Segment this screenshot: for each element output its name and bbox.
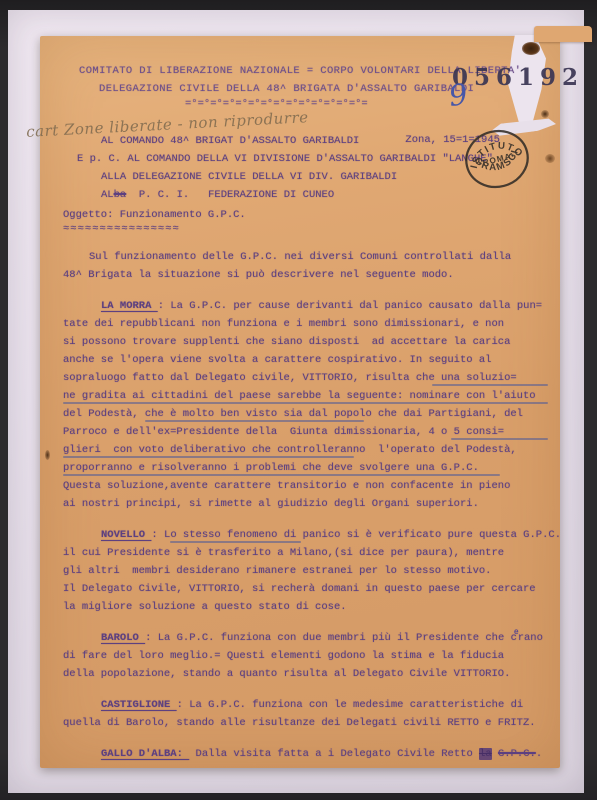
ink-stain xyxy=(45,450,50,460)
doc-line: proporranno e risolveranno i problemi ch… xyxy=(63,459,548,477)
paragraph-gallo-dalba: GALLO D'ALBA: Dalla visita fatta a i Del… xyxy=(63,745,548,763)
paragraph-title: NOVELLO xyxy=(101,529,151,541)
pen-underline-mark xyxy=(63,474,500,476)
paragraph-barolo: BAROLO : La G.P.C. funziona con due memb… xyxy=(63,629,548,683)
text-run: G.P.C. xyxy=(498,748,536,760)
document-body: Sul funzionamento delle G.P.C. nei diver… xyxy=(63,248,548,763)
doc-line: LA MORRA : La G.P.C. per cause derivanti… xyxy=(63,297,548,315)
doc-line: quella di Barolo, stando alle risultanze… xyxy=(63,714,548,732)
doc-line: 48^ Brigata la situazione si può descriv… xyxy=(63,266,548,284)
text-run: Dalla visita fatta a i Delegato Civile R… xyxy=(189,748,479,760)
doc-line: Parroco e dell'ex=Presidente della Giunt… xyxy=(63,423,548,441)
text-run: : Lo stesso fenomeno di panico si è veri… xyxy=(151,529,561,541)
doc-line: CASTIGLIONE : La G.P.C. funziona con le … xyxy=(63,696,548,714)
text-run: si possono trovare supplenti che siano d… xyxy=(63,336,510,348)
doc-line: BAROLO : La G.P.C. funziona con due memb… xyxy=(63,629,548,647)
text-run: . xyxy=(536,748,542,760)
text-run: ba xyxy=(114,189,127,201)
doc-line: del Podestà, che è molto ben visto sia d… xyxy=(63,405,548,423)
paragraph-title: BAROLO xyxy=(101,632,145,644)
doc-line: gli altri membri desiderano rimanere est… xyxy=(63,562,548,580)
text-run: ai nostri principi, si rimette al giudiz… xyxy=(63,498,479,510)
text-run: la xyxy=(479,748,492,760)
text-run: AL COMANDO 48^ BRIGAT D'ASSALTO GARIBALD… xyxy=(101,135,359,147)
doc-line: la migliore soluzione a questo stato di … xyxy=(63,598,548,616)
doc-line: anche se l'opera viene svolta a caratter… xyxy=(63,351,548,369)
doc-line: ne gradita ai cittadini del paese sarebb… xyxy=(63,387,548,405)
text-run: AL xyxy=(101,189,114,201)
doc-line: Il Delegato Civile, VITTORIO, si recherà… xyxy=(63,580,548,598)
paragraph-castiglione: CASTIGLIONE : La G.P.C. funziona con le … xyxy=(63,696,548,732)
text-run: glieri con voto deliberativo che control… xyxy=(63,444,517,456)
text-run: Questa soluzione,avente carattere transi… xyxy=(63,480,510,492)
text-run: gli altri membri desiderano rimanere est… xyxy=(63,565,491,577)
archive-number-stamp: 056192 xyxy=(452,64,584,91)
pen-underline-mark xyxy=(63,402,548,404)
doc-line: tate dei repubblicani non funziona e i m… xyxy=(63,315,548,333)
doc-line: glieri con voto deliberativo che control… xyxy=(63,441,548,459)
doc-line: il cui Presidente si è trasferito a Mila… xyxy=(63,544,548,562)
text-run: : La G.P.C. funziona con due membri più … xyxy=(145,632,517,644)
text-run: e xyxy=(514,628,519,637)
paragraph-intro: Sul funzionamento delle G.P.C. nei diver… xyxy=(63,248,548,284)
text-run: Parroco e dell'ex=Presidente della Giunt… xyxy=(63,426,504,438)
paragraph-title: LA MORRA xyxy=(101,300,158,312)
text-run: proporranno e risolveranno i problemi ch… xyxy=(63,462,479,474)
doc-line: della popolazione, stando a quanto risul… xyxy=(63,665,548,683)
text-run: della popolazione, stando a quanto risul… xyxy=(63,668,510,680)
pen-underline-mark xyxy=(145,420,363,422)
text-run: rano xyxy=(518,632,543,644)
text-run: P. C. I. FEDERAZIONE DI CUNEO xyxy=(126,189,334,201)
text-run: di fare del loro meglio.= Questi element… xyxy=(63,650,504,662)
paragraph-title: GALLO D'ALBA: xyxy=(101,748,189,760)
doc-line: NOVELLO : Lo stesso fenomeno di panico s… xyxy=(63,526,548,544)
paragraph-novello: NOVELLO : Lo stesso fenomeno di panico s… xyxy=(63,526,548,616)
pen-underline-mark xyxy=(63,456,354,458)
text-run: il cui Presidente si è trasferito a Mila… xyxy=(63,547,504,559)
text-run: tate dei repubblicani non funziona e i m… xyxy=(63,318,504,330)
subject-line: Oggetto: Funzionamento G.P.C. xyxy=(63,206,548,224)
paragraph-la-morra: LA MORRA : La G.P.C. per cause derivanti… xyxy=(63,297,548,513)
text-run: sopraluogo fatto dal Delegato civile, VI… xyxy=(63,372,517,384)
pen-underline-mark xyxy=(451,438,548,440)
text-run: 48^ Brigata la situazione si può descriv… xyxy=(63,269,454,281)
doc-line: Sul funzionamento delle G.P.C. nei diver… xyxy=(63,248,548,266)
archive-photo: COMITATO DI LIBERAZIONE NAZIONALE = CORP… xyxy=(0,0,597,800)
pen-underline-mark xyxy=(432,384,548,386)
doc-line: GALLO D'ALBA: Dalla visita fatta a i Del… xyxy=(63,745,548,763)
doc-line: di fare del loro meglio.= Questi element… xyxy=(63,647,548,665)
text-run: del Podestà, che è molto ben visto sia d… xyxy=(63,408,523,420)
paragraph-title: CASTIGLIONE xyxy=(101,699,177,711)
text-run: ALLA DELEGAZIONE CIVILE DELLA VI DIV. GA… xyxy=(101,171,397,183)
doc-line: Questa soluzione,avente carattere transi… xyxy=(63,477,548,495)
doc-line: ai nostri principi, si rimette al giudiz… xyxy=(63,495,548,513)
ink-stain xyxy=(541,110,549,118)
text-run: : La G.P.C. funziona con le medesime car… xyxy=(177,699,524,711)
subject-rule: ≈≈≈≈≈≈≈≈≈≈≈≈≈≈≈≈ xyxy=(63,224,548,238)
text-run: Il Delegato Civile, VITTORIO, si recherà… xyxy=(63,583,536,595)
text-run: anche se l'opera viene svolta a caratter… xyxy=(63,354,491,366)
text-run: : La G.P.C. per cause derivanti dal pani… xyxy=(158,300,542,312)
text-run: Sul funzionamento delle G.P.C. nei diver… xyxy=(89,251,511,263)
doc-line: si possono trovare supplenti che siano d… xyxy=(63,333,548,351)
doc-line: sopraluogo fatto dal Delegato civile, VI… xyxy=(63,369,548,387)
text-run: la migliore soluzione a questo stato di … xyxy=(63,601,347,613)
text-run: ne gradita ai cittadini del paese sarebb… xyxy=(63,390,536,402)
ink-stain xyxy=(545,154,555,163)
text-run: quella di Barolo, stando alle risultanze… xyxy=(63,717,536,729)
text-run: E p. C. AL COMANDO DELLA VI DIVISIONE D'… xyxy=(77,153,493,165)
handwritten-number: 9 xyxy=(447,77,469,113)
ink-stain xyxy=(522,42,540,55)
pen-underline-mark xyxy=(170,541,301,543)
